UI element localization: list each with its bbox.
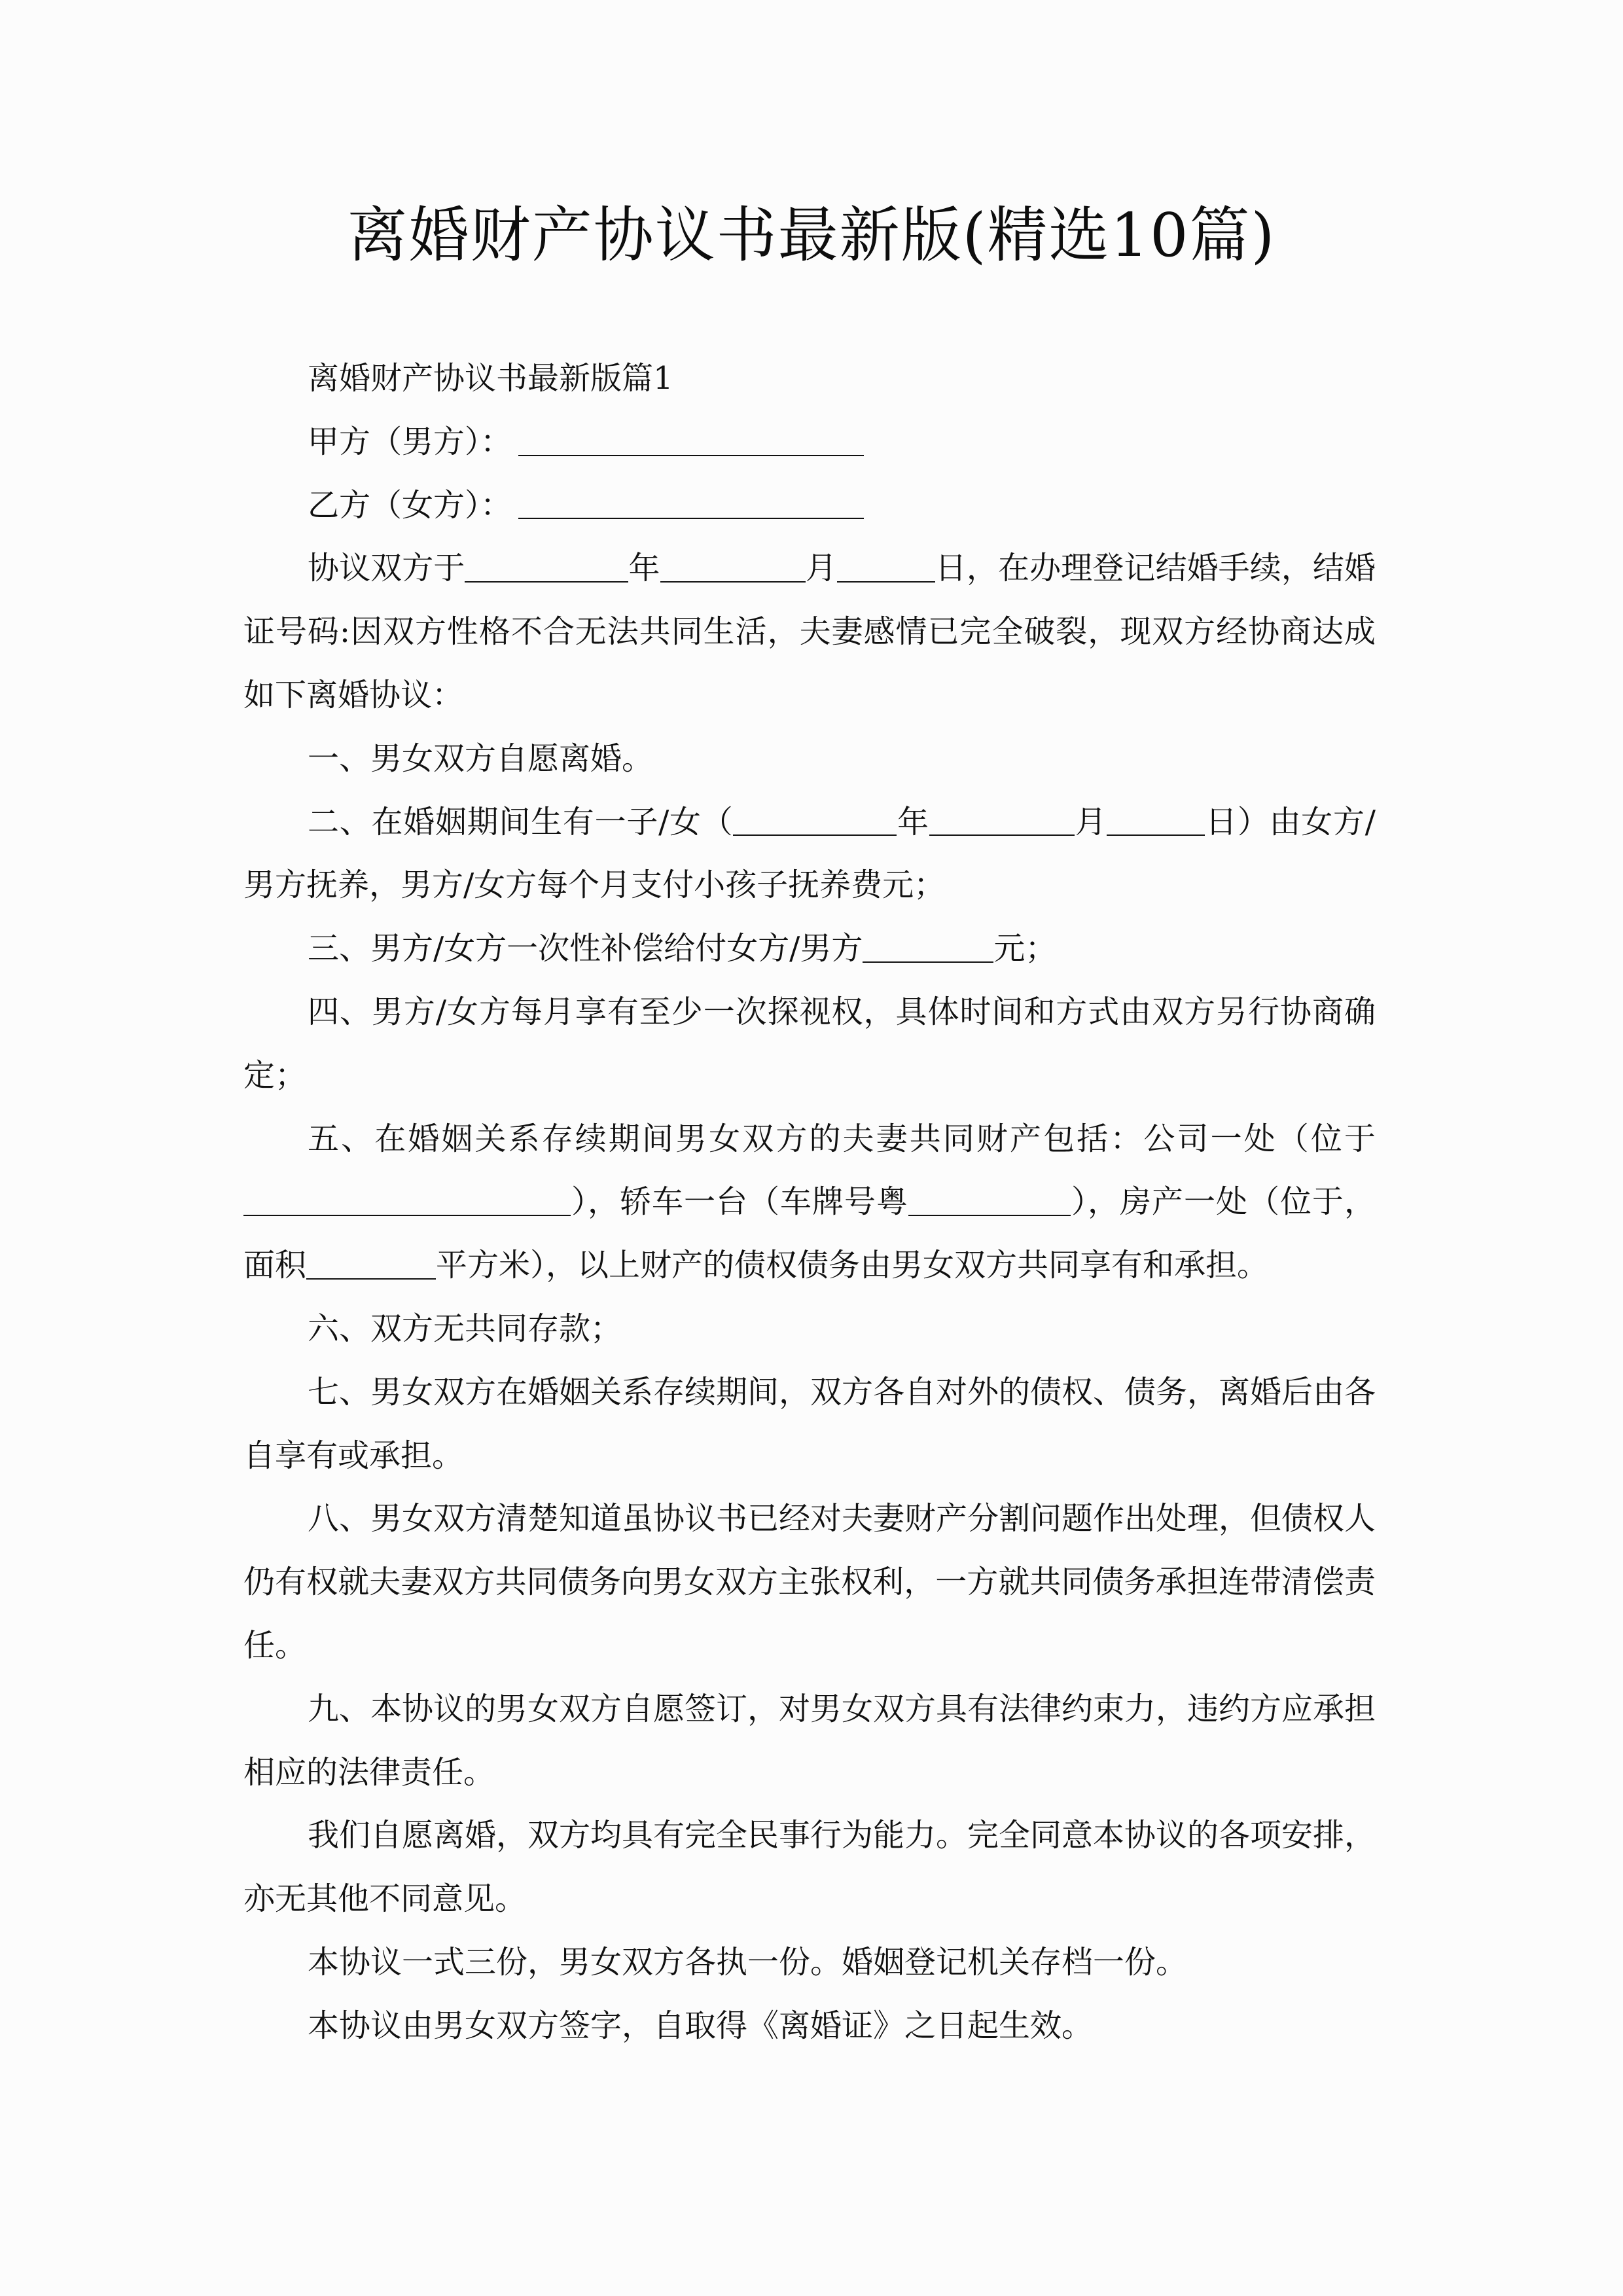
clause-7: 七、男女双方在婚姻关系存续期间，双方各自对外的债权、债务，离婚后由各自享有或承担…: [243, 1361, 1376, 1488]
clause-4: 四、男方/女方每月享有至少一次探视权，具体时间和方式由双方另行协商确定；: [243, 980, 1376, 1107]
clause-8: 八、男女双方清楚知道虽协议书已经对夫妻财产分割问题作出处理，但债权人仍有权就夫妻…: [243, 1487, 1376, 1677]
party-b-blank[interactable]: [518, 486, 864, 519]
party-b-label: 乙方（女方）：: [308, 487, 512, 524]
clause-5-text-4: 平方米），以上财产的债权债务由男女双方共同享有和承担。: [436, 1247, 1268, 1283]
year-label: 年: [897, 804, 929, 840]
section-heading: 离婚财产协议书最新版篇1: [243, 347, 1376, 410]
compensation-amount-blank[interactable]: [863, 930, 993, 963]
copies-paragraph: 本协议一式三份，男女双方各执一份。婚姻登记机关存档一份。: [243, 1931, 1376, 1994]
month-label: 月: [1075, 804, 1107, 840]
effective-paragraph: 本协议由男女双方签字，自取得《离婚证》之日起生效。: [243, 1994, 1376, 2058]
party-a-blank[interactable]: [518, 423, 864, 456]
document-body: 离婚财产协议书最新版篇1 甲方（男方）： 乙方（女方）： 协议双方于年月日，在办…: [243, 347, 1376, 2058]
license-plate-blank[interactable]: [908, 1183, 1071, 1216]
clause-5: 五、在婚姻关系存续期间男女双方的夫妻共同财产包括：公司一处（位于），轿车一台（车…: [243, 1107, 1376, 1297]
clause-3: 三、男方/女方一次性补偿给付女方/男方元；: [243, 917, 1376, 980]
clause-5-text-2: ），轿车一台（车牌号粤: [571, 1183, 908, 1220]
child-birth-day-blank[interactable]: [1107, 803, 1205, 836]
month-label: 月: [806, 550, 837, 586]
clause-2-text-1: 二、在婚姻期间生有一子/女（: [308, 804, 733, 840]
clause-6: 六、双方无共同存款；: [243, 1297, 1376, 1361]
document-page: 离婚财产协议书最新版(精选10篇) 离婚财产协议书最新版篇1 甲方（男方）： 乙…: [0, 0, 1623, 2296]
year-label: 年: [628, 550, 660, 586]
clause-3-text-1: 三、男方/女方一次性补偿给付女方/男方: [308, 930, 863, 967]
intro-text-1: 协议双方于: [308, 550, 465, 586]
clause-3-text-2: 元；: [993, 930, 1056, 967]
company-location-blank[interactable]: [243, 1183, 571, 1216]
clause-5-text-1: 五、在婚姻关系存续期间男女双方的夫妻共同财产包括：公司一处（位于: [308, 1121, 1376, 1157]
marriage-month-blank[interactable]: [660, 550, 806, 583]
clause-1: 一、男女双方自愿离婚。: [243, 727, 1376, 791]
child-birth-month-blank[interactable]: [929, 803, 1075, 836]
clause-2: 二、在婚姻期间生有一子/女（年月日）由女方/男方抚养，男方/女方每个月支付小孩子…: [243, 791, 1376, 918]
statement-paragraph: 我们自愿离婚，双方均具有完全民事行为能力。完全同意本协议的各项安排，亦无其他不同…: [243, 1804, 1376, 1931]
marriage-year-blank[interactable]: [465, 550, 628, 583]
party-b-line: 乙方（女方）：: [243, 474, 1376, 537]
party-a-label: 甲方（男方）：: [308, 423, 512, 460]
child-birth-year-blank[interactable]: [733, 803, 897, 836]
intro-paragraph: 协议双方于年月日，在办理登记结婚手续，结婚证号码:因双方性格不合无法共同生活，夫…: [243, 537, 1376, 726]
party-a-line: 甲方（男方）：: [243, 410, 1376, 474]
clause-9: 九、本协议的男女双方自愿签订，对男女双方具有法律约束力，违约方应承担相应的法律责…: [243, 1677, 1376, 1804]
marriage-day-blank[interactable]: [837, 550, 935, 583]
property-area-blank[interactable]: [306, 1247, 436, 1280]
document-title: 离婚财产协议书最新版(精选10篇): [0, 196, 1623, 275]
